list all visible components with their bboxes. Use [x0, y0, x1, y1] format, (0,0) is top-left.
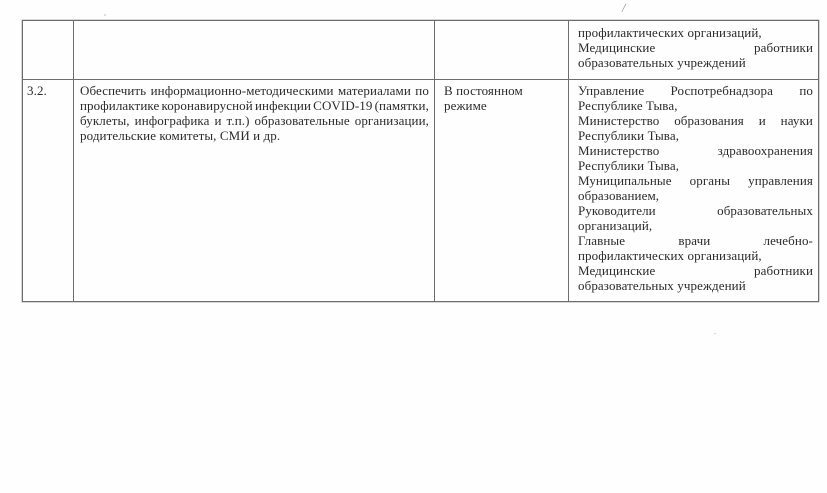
row-number-cell: 3.2.: [23, 80, 74, 301]
responsible-cell: профилактических организаций,Медицинские…: [569, 21, 818, 80]
scan-speck: [104, 14, 106, 16]
text-line: родительские комитеты, СМИ и др.: [80, 128, 429, 143]
text-line: Медицинскиеработники: [578, 40, 813, 55]
text-line: УправлениеРоспотребнадзорапо: [578, 83, 813, 98]
row-number-cell: [23, 21, 74, 80]
text-line: профилактикекоронавируснойинфекцииCOVID-…: [80, 98, 429, 113]
text-line: Республики Тыва,: [578, 128, 813, 143]
text-line: Республики Тыва,: [578, 158, 813, 173]
measures-table: профилактических организаций,Медицинские…: [22, 20, 819, 302]
text-line: Республике Тыва,: [578, 98, 813, 113]
text-line: Министерствоздравоохранения: [578, 143, 813, 158]
task-cell: Обеспечитьинформационно-методическимимат…: [74, 80, 435, 301]
text-line: Медицинскиеработники: [578, 263, 813, 278]
timing-cell: [435, 21, 569, 80]
scan-artifact-slash: /: [621, 0, 627, 16]
text-line: организаций,: [578, 218, 813, 233]
timing-cell: В постоянном режиме: [435, 80, 569, 301]
scanned-document-page: / профилактических организаций,Медицинск…: [0, 0, 827, 493]
text-line: образованием,: [578, 188, 813, 203]
text-line: Министерствообразованияинауки: [578, 113, 813, 128]
text-line: буклеты,инфографикаит.п.)образовательные…: [80, 113, 429, 128]
responsible-cell: УправлениеРоспотребнадзорапоРеспублике Т…: [569, 80, 818, 301]
text-line: Руководителиобразовательных: [578, 203, 813, 218]
task-cell: [74, 21, 435, 80]
text-line: профилактических организаций,: [578, 248, 813, 263]
text-line: Обеспечитьинформационно-методическимимат…: [80, 83, 429, 98]
text-line: профилактических организаций,: [578, 25, 813, 40]
text-line: образовательных учреждений: [578, 278, 813, 293]
text-line: Муниципальныеорганыуправления: [578, 173, 813, 188]
scan-speck: [714, 333, 716, 334]
text-line: Главныеврачилечебно-: [578, 233, 813, 248]
text-line: образовательных учреждений: [578, 55, 813, 70]
